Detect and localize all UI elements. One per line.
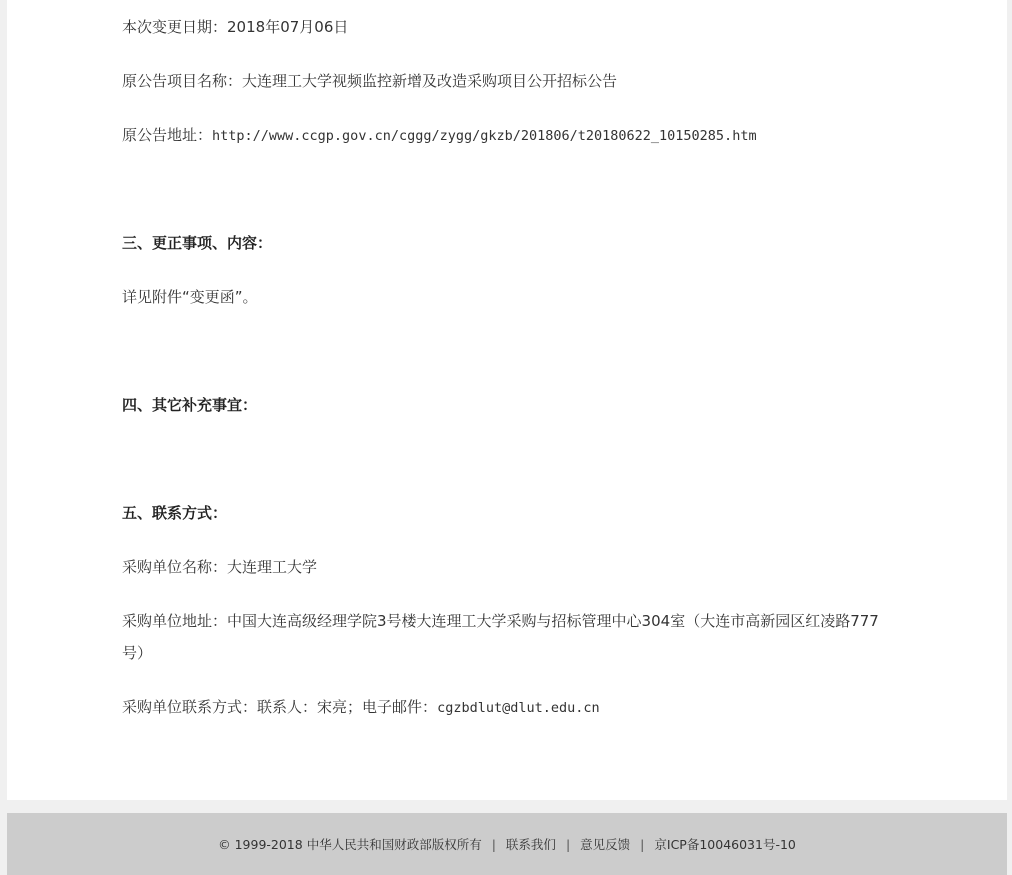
corrections-heading: 三、更正事项、内容： [122, 227, 272, 259]
change-date-line: 本次变更日期：2018年07月06日 [122, 11, 348, 43]
footer-separator: | [492, 837, 496, 852]
change-date-label: 本次变更日期： [122, 18, 227, 36]
email-label: 电子邮件： [362, 698, 437, 716]
purchaser-address-label: 采购单位地址： [122, 612, 227, 630]
change-date-value: 2018年07月06日 [227, 18, 348, 36]
footer-separator: | [640, 837, 644, 852]
footer-icp-number: 京ICP备10046031号-10 [654, 835, 796, 853]
purchaser-address-line: 采购单位地址：中国大连高级经理学院3号楼大连理工大学采购与招标管理中心304室（… [122, 605, 892, 669]
purchaser-contact-label: 采购单位联系方式： [122, 698, 257, 716]
original-url-label: 原公告地址： [122, 126, 212, 144]
purchaser-name-line: 采购单位名称：大连理工大学 [122, 551, 317, 583]
original-url-line: 原公告地址：http://www.ccgp.gov.cn/cggg/zygg/g… [122, 119, 757, 152]
other-matters-heading: 四、其它补充事宜： [122, 389, 257, 421]
original-url-value: http://www.ccgp.gov.cn/cggg/zygg/gkzb/20… [212, 128, 757, 144]
footer-separator: | [566, 837, 570, 852]
footer-link-feedback[interactable]: 意见反馈 [580, 835, 630, 853]
purchaser-name-label: 采购单位名称： [122, 558, 227, 576]
contact-person-label: 联系人： [257, 698, 317, 716]
site-footer: © 1999-2018 中华人民共和国财政部版权所有 | 联系我们 | 意见反馈… [7, 813, 1007, 875]
contact-person-value: 宋亮； [317, 698, 362, 716]
footer-link-contact-us[interactable]: 联系我们 [506, 835, 556, 853]
original-project-name-line: 原公告项目名称：大连理工大学视频监控新增及改造采购项目公开招标公告 [122, 65, 617, 97]
purchaser-name-value: 大连理工大学 [227, 558, 317, 576]
purchaser-contact-line: 采购单位联系方式：联系人：宋亮；电子邮件：cgzbdlut@dlut.edu.c… [122, 691, 600, 724]
corrections-body: 详见附件“变更函”。 [122, 281, 258, 313]
contact-heading: 五、联系方式： [122, 497, 227, 529]
original-project-name-value: 大连理工大学视频监控新增及改造采购项目公开招标公告 [242, 72, 617, 90]
notice-panel: 本次变更日期：2018年07月06日 原公告项目名称：大连理工大学视频监控新增及… [7, 0, 1007, 800]
original-project-name-label: 原公告项目名称： [122, 72, 242, 90]
purchaser-address-value: 中国大连高级经理学院3号楼大连理工大学采购与招标管理中心304室（大连市高新园区… [122, 612, 879, 662]
email-value: cgzbdlut@dlut.edu.cn [437, 700, 600, 716]
footer-copyright: © 1999-2018 中华人民共和国财政部版权所有 [218, 835, 482, 853]
